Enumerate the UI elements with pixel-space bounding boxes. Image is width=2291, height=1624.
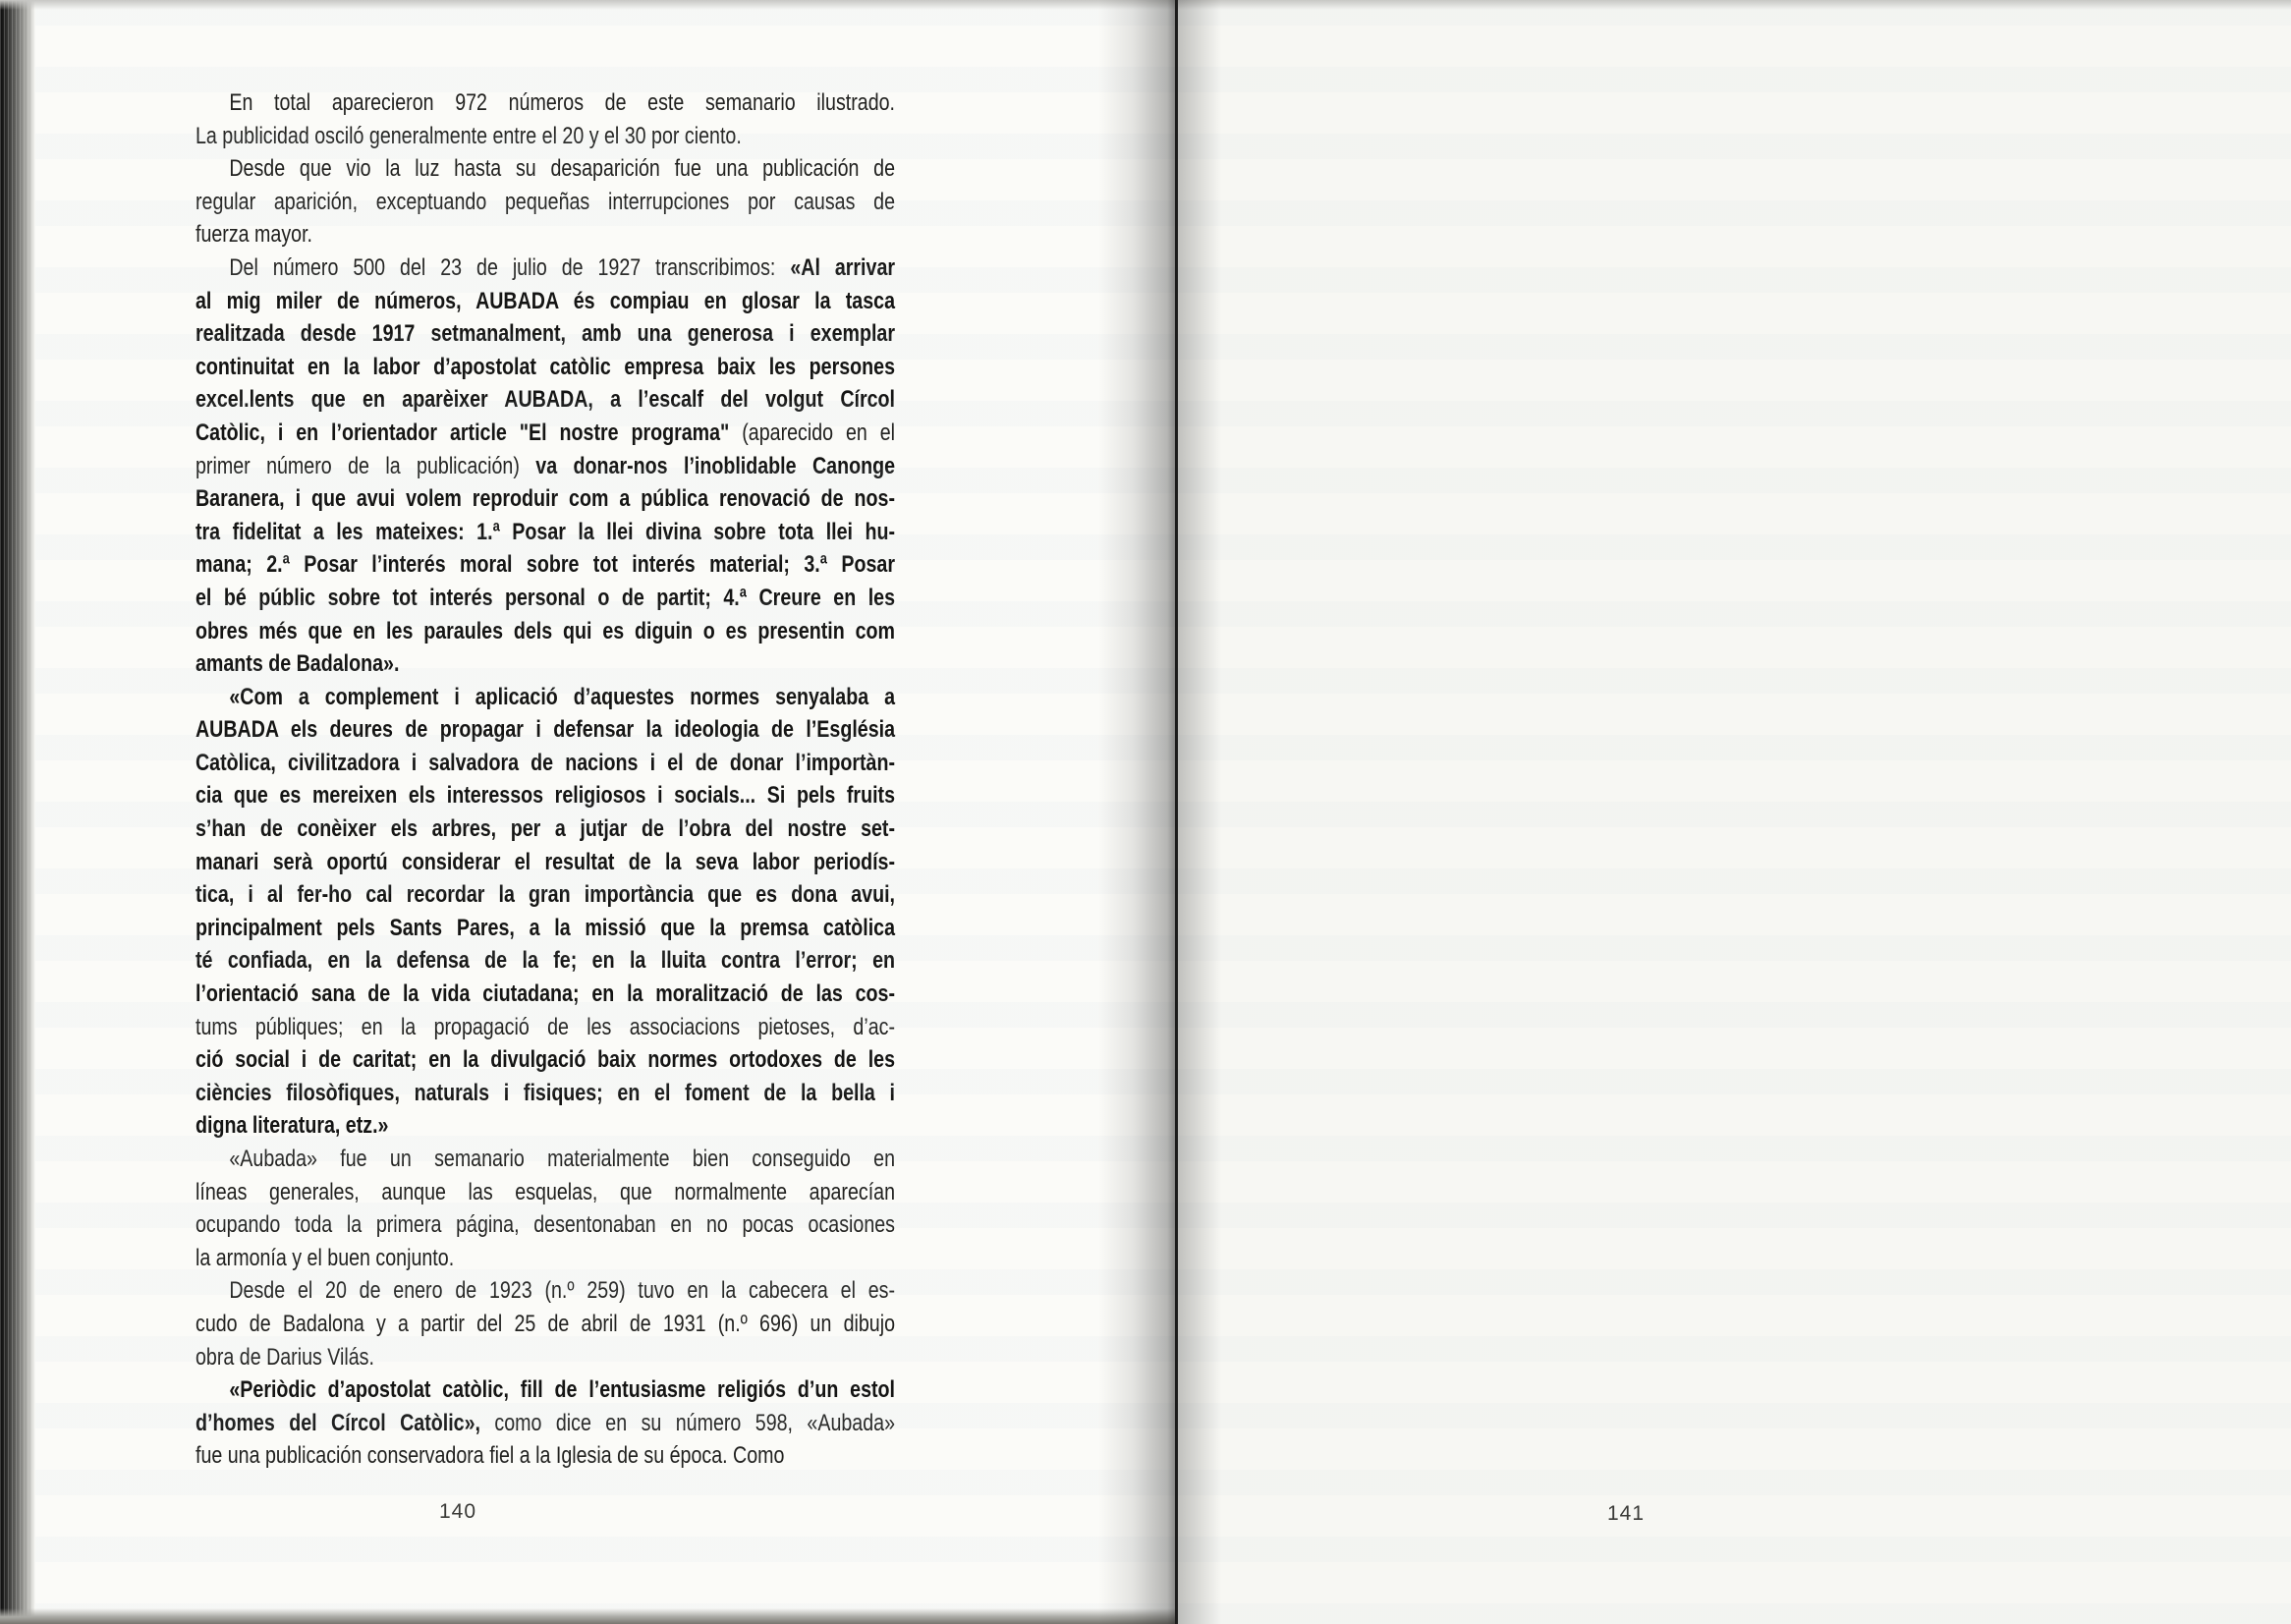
bold-text-segment: continuitat en la labor d’apostolat catò… [196,354,895,380]
text-line: ocupando toda la primera página, desento… [196,1208,895,1242]
text-line: Desde que vio la luz hasta su desaparici… [196,152,895,186]
text-line: l’orientació sana de la vida ciutadana; … [196,978,895,1011]
bold-text-segment: s’han de conèixer els arbres, per a jutj… [196,815,895,842]
text-line: realitzada desde 1917 setmanalment, amb … [196,317,895,351]
text-line: Catòlic, i en l’orientador article "El n… [196,417,895,450]
bold-text-segment: manari serà oportú considerar el resulta… [196,849,895,875]
bold-text-segment: va donar-nos l’inoblidable Canonge [535,453,895,479]
text-line: tra fidelitat a les mateixes: 1.ª Posar … [196,516,895,549]
text-line: tums públiques; en la propagació de les … [196,1011,895,1044]
text-line: al mig miler de números, AUBADA és compi… [196,285,895,318]
gutter-shadow-left [1098,0,1175,1624]
text-line: principalment pels Sants Pares, a la mis… [196,912,895,945]
text-line: Desde el 20 de enero de 1923 (n.º 259) t… [196,1274,895,1308]
text-segment: La publicidad osciló generalmente entre … [196,123,742,149]
bold-text-segment: «Com a complement i aplicació d’aquestes… [229,684,895,710]
text-segment: (aparecido en el [729,420,895,446]
text-line: «Periòdic d’apostolat catòlic, fill de l… [196,1373,895,1407]
text-segment: Del número 500 del 23 de julio de 1927 t… [229,254,790,281]
text-line: AUBADA els deures de propagar i defensar… [196,713,895,747]
bold-text-segment: ció social i de caritat; en la divulgaci… [196,1046,895,1073]
bold-text-segment: mana; 2.ª Posar l’interés moral sobre to… [196,551,895,578]
bold-text-segment: el bé públic sobre tot interés personal … [196,585,895,611]
text-line: En total aparecieron 972 números de este… [196,86,895,120]
page-number-left: 140 [108,1500,808,1524]
bold-text-segment: «Periòdic d’apostolat catòlic, fill de l… [229,1376,895,1403]
bold-text-segment: l’orientació sana de la vida ciutadana; … [196,980,895,1007]
book-page-edges-left [0,0,35,1624]
bold-text-segment: principalment pels Sants Pares, a la mis… [196,915,895,941]
bold-text-segment: excel.lents que en aparèixer AUBADA, a l… [196,386,895,413]
text-segment: cudo de Badalona y a partir del 25 de ab… [196,1311,895,1337]
text-line: manari serà oportú considerar el resulta… [196,846,895,879]
text-line: «Com a complement i aplicació d’aquestes… [196,681,895,714]
text-line: obres més que en les paraules dels qui e… [196,615,895,648]
text-line: mana; 2.ª Posar l’interés moral sobre to… [196,548,895,582]
bold-text-segment: digna literatura, etz.» [196,1112,388,1139]
bold-text-segment: ciències filosòfiques, naturals i fisiqu… [196,1080,895,1106]
text-line: s’han de conèixer els arbres, per a jutj… [196,812,895,846]
text-line: líneas generales, aunque las esquelas, q… [196,1176,895,1209]
text-line: ció social i de caritat; en la divulgaci… [196,1043,895,1077]
text-line: amants de Badalona». [196,647,895,681]
bold-text-segment: Baranera, i que avui volem reproduir com… [196,485,895,512]
text-segment: En total aparecieron 972 números de este… [229,89,895,116]
text-line: cia que es mereixen els interessos relig… [196,779,895,812]
text-segment: «Aubada» fue un semanario materialmente … [229,1146,895,1172]
book-bottom-page-edges [0,1608,1178,1624]
bold-text-segment: tica, i al fer-ho cal recordar la gran i… [196,881,895,908]
page-left: En total aparecieron 972 números de este… [35,0,1175,1624]
text-segment: primer número de la publicación) [196,453,535,479]
text-line: Baranera, i que avui volem reproduir com… [196,482,895,516]
book-scan-spread: En total aparecieron 972 números de este… [0,0,2291,1624]
text-line: cudo de Badalona y a partir del 25 de ab… [196,1308,895,1341]
text-segment: fuerza mayor. [196,221,312,248]
text-line: fuerza mayor. [196,218,895,252]
page-left-text-column: En total aparecieron 972 números de este… [196,86,895,1473]
text-line: tica, i al fer-ho cal recordar la gran i… [196,878,895,912]
text-line: excel.lents que en aparèixer AUBADA, a l… [196,383,895,417]
bold-text-segment: amants de Badalona». [196,650,399,677]
text-line: d’homes del Círcol Catòlic», como dice e… [196,1407,895,1440]
bold-text-segment: cia que es mereixen els interessos relig… [196,782,895,809]
text-segment: regular aparición, exceptuando pequeñas … [196,189,895,215]
text-segment: Desde que vio la luz hasta su desaparici… [229,155,895,182]
text-segment: ocupando toda la primera página, desento… [196,1211,895,1238]
bold-text-segment: d’homes del Círcol Catòlic», [196,1410,480,1436]
text-segment: líneas generales, aunque las esquelas, q… [196,1179,895,1205]
bold-text-segment: realitzada desde 1917 setmanalment, amb … [196,320,895,347]
bold-text-segment: Catòlic, i en l’orientador article "El n… [196,420,729,446]
text-segment: Desde el 20 de enero de 1923 (n.º 259) t… [229,1277,895,1304]
text-segment: tums públiques; en la propagació de les … [196,1014,895,1040]
text-line: fue una publicación conservadora fiel a … [196,1439,895,1473]
text-line: primer número de la publicación) va dona… [196,450,895,483]
page-number-right: 141 [1218,1502,2034,1526]
text-segment: obra de Darius Vilás. [196,1344,374,1371]
text-line: regular aparición, exceptuando pequeñas … [196,186,895,219]
text-line: La publicidad osciló generalmente entre … [196,120,895,153]
text-segment: fue una publicación conservadora fiel a … [196,1442,784,1469]
bold-text-segment: Catòlica, civilitzadora i salvadora de n… [196,750,895,776]
text-line: Del número 500 del 23 de julio de 1927 t… [196,252,895,285]
bold-text-segment: tra fidelitat a les mateixes: 1.ª Posar … [196,519,895,545]
text-line: el bé públic sobre tot interés personal … [196,582,895,615]
gutter-shadow-right [1178,0,1221,1624]
text-line: la armonía y el buen conjunto. [196,1242,895,1275]
bold-text-segment: al mig miler de números, AUBADA és compi… [196,288,895,314]
text-segment: la armonía y el buen conjunto. [196,1245,454,1271]
text-line: Catòlica, civilitzadora i salvadora de n… [196,747,895,780]
page-right: dato curioso y excepcional señalaremos q… [1178,0,2291,1624]
text-segment: como dice en su número 598, «Aubada» [480,1410,895,1436]
text-line: «Aubada» fue un semanario materialmente … [196,1143,895,1176]
text-line: ciències filosòfiques, naturals i fisiqu… [196,1077,895,1110]
text-line: té confiada, en la defensa de la fe; en … [196,944,895,978]
bold-text-segment: «Al arrivar [790,254,895,281]
bold-text-segment: obres més que en les paraules dels qui e… [196,618,895,644]
bold-text-segment: AUBADA els deures de propagar i defensar… [196,716,895,743]
bold-text-segment: té confiada, en la defensa de la fe; en … [196,947,895,974]
text-line: obra de Darius Vilás. [196,1341,895,1374]
text-line: digna literatura, etz.» [196,1109,895,1143]
text-line: continuitat en la labor d’apostolat catò… [196,351,895,384]
